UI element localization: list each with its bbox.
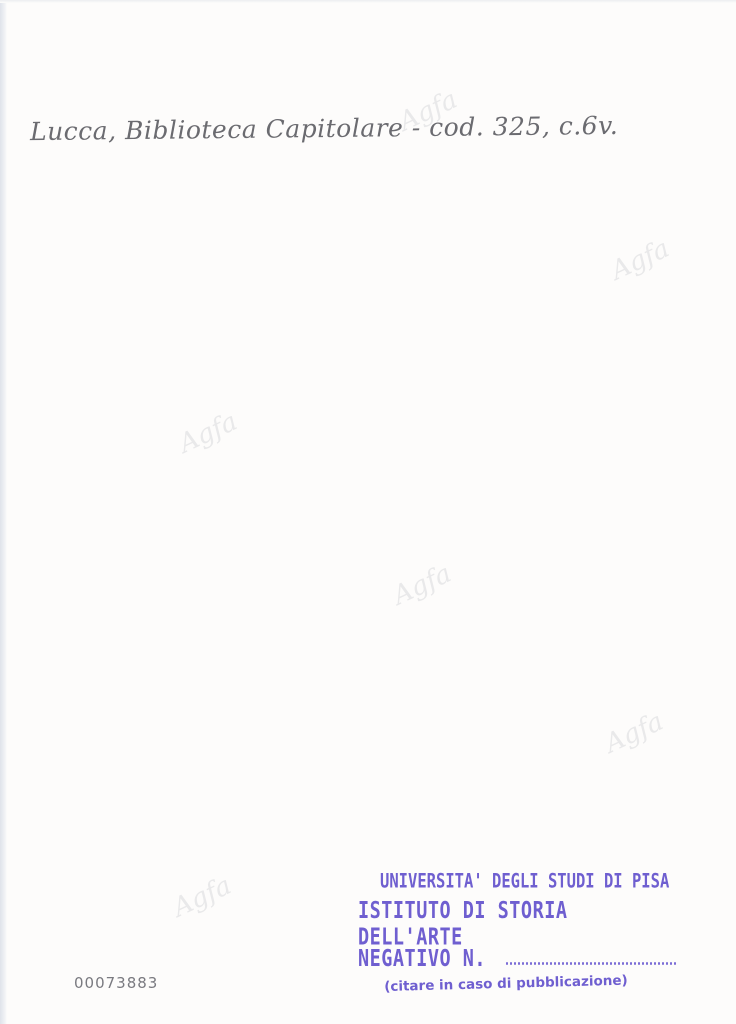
watermark: Agfa xyxy=(388,559,456,612)
stamp-negative-label: NEGATIVO N. xyxy=(358,946,486,972)
watermark: Agfa xyxy=(174,407,242,460)
paper-top-edge xyxy=(0,0,736,3)
stamp-university: UNIVERSITA' DEGLI STUDI DI PISA xyxy=(380,870,678,893)
stamp-citation-note: (citare in caso di pubblicazione) xyxy=(384,971,678,995)
paper-left-edge xyxy=(0,0,7,1024)
watermark: Agfa xyxy=(606,234,674,287)
stamp-negative-row: NEGATIVO N. xyxy=(358,946,678,972)
stamp-institute: ISTITUTO DI STORIA DELL'ARTE xyxy=(358,898,678,951)
institution-stamp: UNIVERSITA' DEGLI STUDI DI PISA ISTITUTO… xyxy=(358,870,678,995)
stamp-negative-number-field xyxy=(506,962,676,965)
watermark: Agfa xyxy=(600,707,668,760)
archive-number: 00073883 xyxy=(74,974,158,992)
watermark: Agfa xyxy=(168,871,236,924)
handwritten-caption: Lucca, Biblioteca Capitolare - cod. 325,… xyxy=(30,111,619,146)
